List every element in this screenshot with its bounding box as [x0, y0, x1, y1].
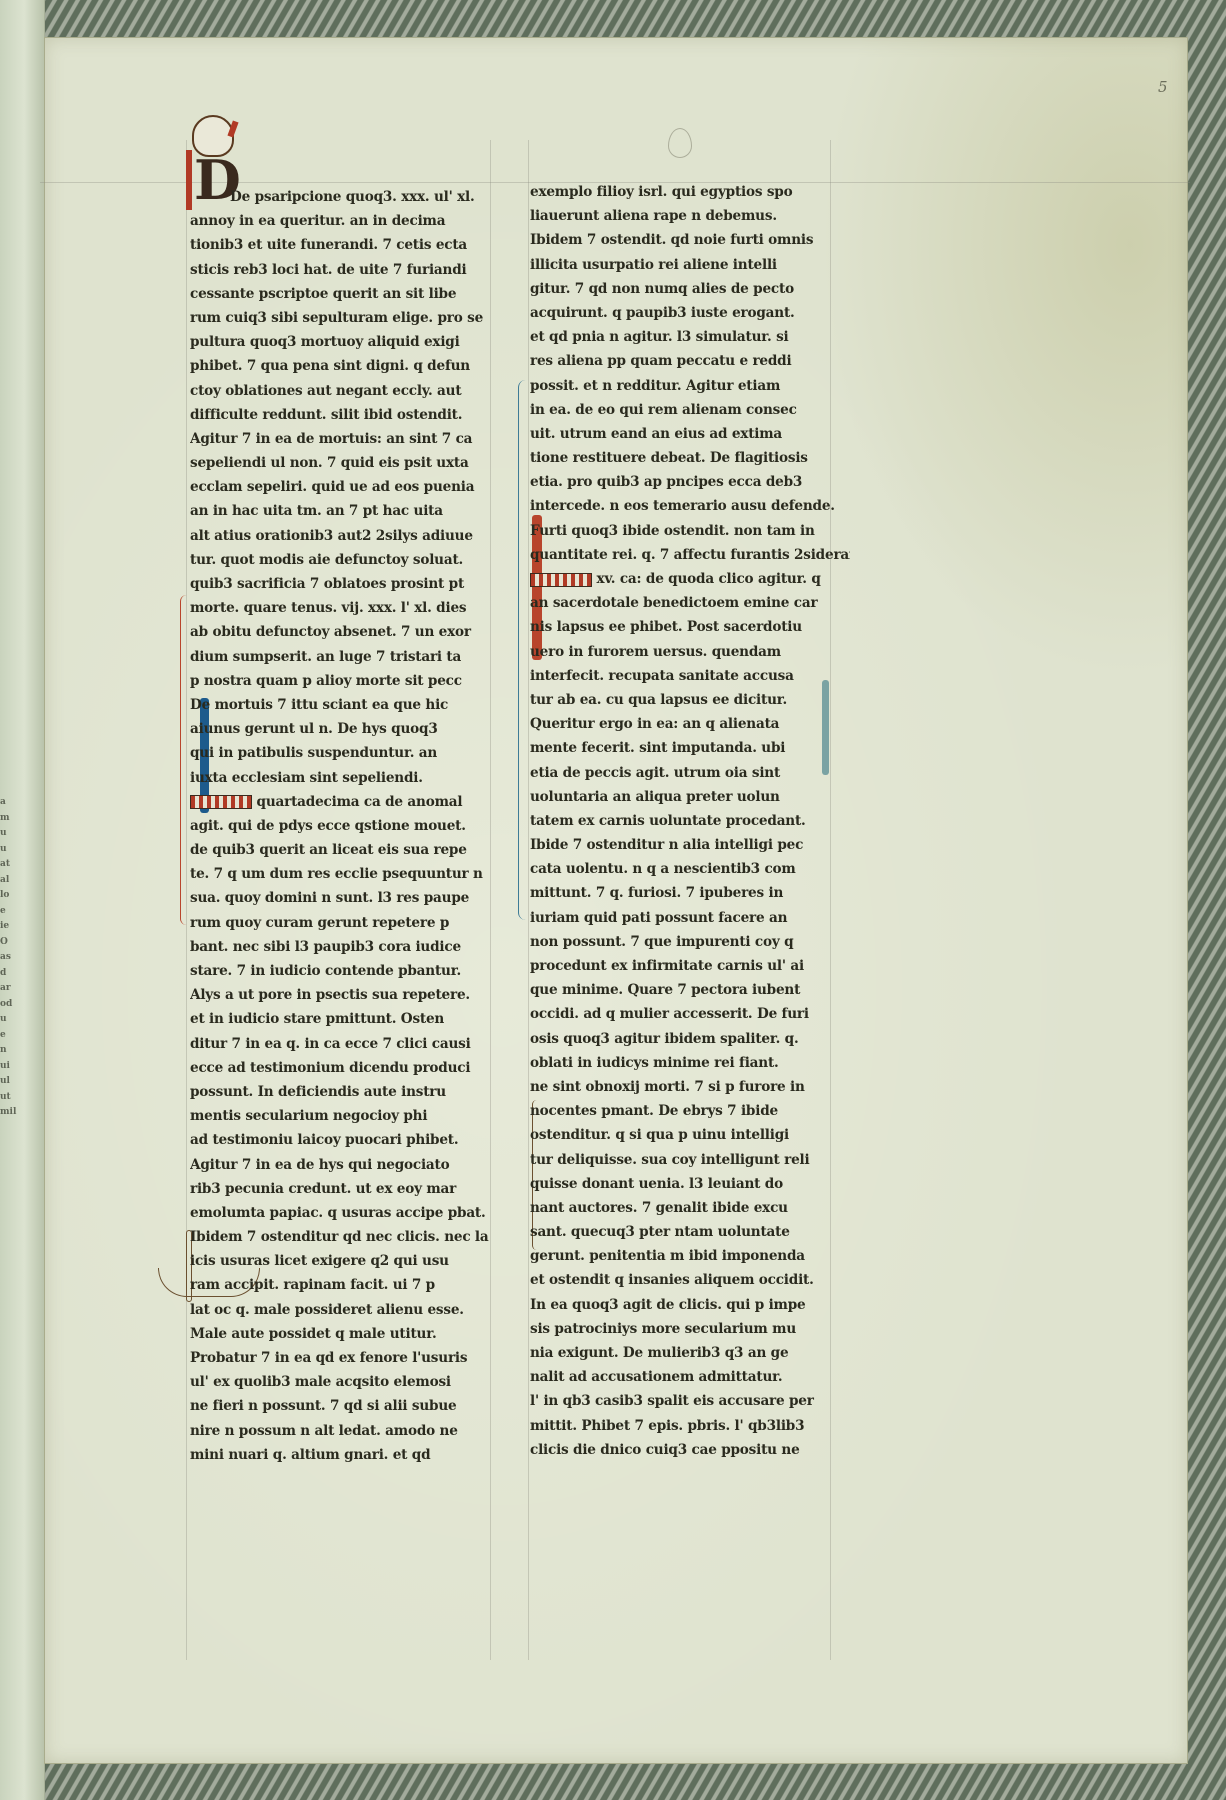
text-line: nocentes pmant. De ebrys 7 ibide	[530, 1099, 850, 1123]
text-line: de quib3 querit an liceat eis sua repe	[190, 838, 490, 862]
text-line: De psaripcione quoq3. xxx. ul' xl.	[190, 185, 490, 209]
text-line: et in iudicio stare pmittunt. Osten	[190, 1007, 490, 1031]
text-line: quantitate rei. q. 7 affectu furantis 2s…	[530, 543, 850, 567]
text-line: nire n possum n alt ledat. amodo ne	[190, 1419, 490, 1443]
text-line: Alys a ut pore in psectis sua repetere.	[190, 983, 490, 1007]
text-line: uit. utrum eand an eius ad extima	[530, 422, 850, 446]
text-line: Probatur 7 in ea qd ex fenore l'usuris	[190, 1346, 490, 1370]
decorative-band-icon	[190, 795, 252, 809]
folio-number: 5	[1158, 78, 1168, 96]
text-line: nis lapsus ee phibet. Post sacerdotiu	[530, 615, 850, 639]
text-line: Agitur 7 in ea de mortuis: an sint 7 ca	[190, 427, 490, 451]
text-line: exemplo filioy isrl. qui egyptios spo	[530, 180, 850, 204]
text-line: gerunt. penitentia m ibid imponenda	[530, 1244, 850, 1268]
text-line: sua. quoy domini n sunt. l3 res paupe	[190, 886, 490, 910]
text-line: mittit. Phibet 7 epis. pbris. l' qb3lib3	[530, 1414, 850, 1438]
text-line: tatem ex carnis uoluntate procedant.	[530, 809, 850, 833]
text-line: lat oc q. male possideret alienu esse.	[190, 1298, 490, 1322]
text-line: ditur 7 in ea q. in ca ecce 7 clici caus…	[190, 1032, 490, 1056]
text-line: et ostendit q insanies aliquem occidit.	[530, 1268, 850, 1292]
text-line: ul' ex quolib3 male acqsito elemosi	[190, 1370, 490, 1394]
text-line: l' in qb3 casib3 spalit eis accusare per	[530, 1389, 850, 1413]
text-line: non possunt. 7 que impurenti coy q	[530, 930, 850, 954]
text-line: Ibide 7 ostenditur n alia intelligi pec	[530, 833, 850, 857]
previous-leaf-text: a m u u at al lo e ie O as d ar od u e n…	[0, 795, 40, 1121]
text-line: rum cuiq3 sibi sepulturam elige. pro se	[190, 306, 490, 330]
text-line-content: xv. ca: de quoda clico agitur. q	[597, 571, 821, 587]
text-line: emolumta papiac. q usuras accipe pbat.	[190, 1201, 490, 1225]
text-line: sepeliendi ul non. 7 quid eis psit uxta	[190, 451, 490, 475]
text-line: tur deliquisse. sua coy intelligunt reli	[530, 1148, 850, 1172]
text-line: possunt. In deficiendis aute instru	[190, 1080, 490, 1104]
text-line: an sacerdotale benedictoem emine car	[530, 591, 850, 615]
text-line: possit. et n redditur. Agitur etiam	[530, 374, 850, 398]
text-line: interfecit. recupata sanitate accusa	[530, 664, 850, 688]
text-line: tione restituere debeat. De flagitiosis	[530, 446, 850, 470]
text-line: etia de peccis agit. utrum oia sint	[530, 761, 850, 785]
text-line: annoy in ea queritur. an in decima	[190, 209, 490, 233]
text-line: in ea. de eo qui rem alienam consec	[530, 398, 850, 422]
text-line-content: quartadecima ca de anomal	[257, 794, 463, 810]
text-line: rib3 pecunia credunt. ut ex eoy mar	[190, 1177, 490, 1201]
text-line: iuriam quid pati possunt facere an	[530, 906, 850, 930]
text-column-right: exemplo filioy isrl. qui egyptios spo li…	[530, 180, 850, 1462]
text-line: Queritur ergo in ea: an q alienata	[530, 712, 850, 736]
text-line: ecce ad testimonium dicendu produci	[190, 1056, 490, 1080]
text-line: sis patrociniys more secularium mu	[530, 1317, 850, 1341]
decorative-band-icon	[530, 573, 592, 587]
text-line: phibet. 7 qua pena sint digni. q defun	[190, 354, 490, 378]
text-line: De mortuis 7 ittu sciant ea que hic	[190, 693, 490, 717]
text-line: et qd pnia n agitur. l3 simulatur. si	[530, 325, 850, 349]
text-line: p nostra quam p alioy morte sit pecc	[190, 669, 490, 693]
text-line: ne sint obnoxij morti. 7 si p furore in	[530, 1075, 850, 1099]
text-line: res aliena pp quam peccatu e reddi	[530, 349, 850, 373]
text-line: pultura quoq3 mortuoy aliquid exigi	[190, 330, 490, 354]
text-line: tur ab ea. cu qua lapsus ee dicitur.	[530, 688, 850, 712]
text-line: ne fieri n possunt. 7 qd si alii subue	[190, 1394, 490, 1418]
text-line: difficulte reddunt. silit ibid ostendit.	[190, 403, 490, 427]
text-line: ad testimoniu laicoy puocari phibet.	[190, 1128, 490, 1152]
previous-leaf-edge: a m u u at al lo e ie O as d ar od u e n…	[0, 0, 45, 1800]
text-line: te. 7 q um dum res ecclie psequuntur n	[190, 862, 490, 886]
text-line: iuxta ecclesiam sint sepeliendi.	[190, 766, 490, 790]
text-line: Furti quoq3 ibide ostendit. non tam in	[530, 519, 850, 543]
text-line: Ibidem 7 ostendit. qd noie furti omnis	[530, 228, 850, 252]
text-line: procedunt ex infirmitate carnis ul' ai	[530, 954, 850, 978]
text-line: nalit ad accusationem admittatur.	[530, 1365, 850, 1389]
text-line: clicis die dnico cuiq3 cae ppositu ne	[530, 1438, 850, 1462]
catchword-heart-ornament	[668, 128, 692, 158]
text-line: agit. qui de pdys ecce qstione mouet.	[190, 814, 490, 838]
text-line: ab obitu defunctoy absenet. 7 un exor	[190, 620, 490, 644]
text-line: etia. pro quib3 ap pncipes ecca deb3	[530, 470, 850, 494]
text-line: bant. nec sibi l3 paupib3 cora iudice	[190, 935, 490, 959]
text-line: liauerunt aliena rape n debemus.	[530, 204, 850, 228]
ruling-left-inner	[490, 140, 491, 1660]
text-line: illicita usurpatio rei aliene intelli	[530, 253, 850, 277]
text-line: ostenditur. q si qua p uinu intelligi	[530, 1123, 850, 1147]
text-line-with-band: quartadecima ca de anomal	[190, 790, 490, 814]
text-line: cata uolentu. n q a nescientib3 com	[530, 857, 850, 881]
text-line: tionib3 et uite funerandi. 7 cetis ecta	[190, 233, 490, 257]
text-line: Male aute possidet q male utitur.	[190, 1322, 490, 1346]
text-line: acquirunt. q paupib3 iuste erogant.	[530, 301, 850, 325]
text-line: oblati in iudicys minime rei fiant.	[530, 1051, 850, 1075]
text-line: Agitur 7 in ea de hys qui negociato	[190, 1153, 490, 1177]
text-line: tur. quot modis aie defunctoy soluat.	[190, 548, 490, 572]
text-line: gitur. 7 qd non numq alies de pecto	[530, 277, 850, 301]
text-line: occidi. ad q mulier accesserit. De furi	[530, 1002, 850, 1026]
text-line: nia exigunt. De mulierib3 q3 an ge	[530, 1341, 850, 1365]
text-line: ram accipit. rapinam facit. ui 7 p	[190, 1273, 490, 1297]
text-line: In ea quoq3 agit de clicis. qui p impe	[530, 1293, 850, 1317]
text-line: rum quoy curam gerunt repetere p	[190, 911, 490, 935]
text-line: alt atius orationib3 aut2 2silys adiuue	[190, 524, 490, 548]
text-line: Ibidem 7 ostenditur qd nec clicis. nec l…	[190, 1225, 490, 1249]
text-line: sant. quecuq3 pter ntam uoluntate	[530, 1220, 850, 1244]
text-line: aiunus gerunt ul n. De hys quoq3	[190, 717, 490, 741]
text-line: dium sumpserit. an luge 7 tristari ta	[190, 645, 490, 669]
text-line: quisse donant uenia. l3 leuiant do	[530, 1172, 850, 1196]
text-line: que minime. Quare 7 pectora iubent	[530, 978, 850, 1002]
text-line: uoluntaria an aliqua preter uolun	[530, 785, 850, 809]
text-line: sticis reb3 loci hat. de uite 7 furiandi	[190, 258, 490, 282]
text-line: nant auctores. 7 genalit ibide excu	[530, 1196, 850, 1220]
text-line: osis quoq3 agitur ibidem spaliter. q.	[530, 1027, 850, 1051]
text-line: an in hac uita tm. an 7 pt hac uita	[190, 499, 490, 523]
text-line: uero in furorem uersus. quendam	[530, 640, 850, 664]
text-line-with-band: xv. ca: de quoda clico agitur. q	[530, 567, 850, 591]
text-line: mentis secularium negocioy phi	[190, 1104, 490, 1128]
text-line: mini nuari q. altium gnari. et qd	[190, 1443, 490, 1467]
text-column-left: De psaripcione quoq3. xxx. ul' xl. annoy…	[190, 185, 490, 1467]
text-line: mittunt. 7 q. furiosi. 7 ipuberes in	[530, 881, 850, 905]
text-line: stare. 7 in iudicio contende pbantur.	[190, 959, 490, 983]
text-line: quib3 sacrificia 7 oblatoes prosint pt	[190, 572, 490, 596]
text-line: morte. quare tenus. vij. xxx. l' xl. die…	[190, 596, 490, 620]
text-line: cessante pscriptoe querit an sit libe	[190, 282, 490, 306]
text-line: ecclam sepeliri. quid ue ad eos puenia	[190, 475, 490, 499]
text-line: mente fecerit. sint imputanda. ubi	[530, 736, 850, 760]
text-line: qui in patibulis suspenduntur. an	[190, 741, 490, 765]
text-line: ctoy oblationes aut negant eccly. aut	[190, 379, 490, 403]
text-line: intercede. n eos temerario ausu defende.	[530, 494, 850, 518]
text-line: icis usuras licet exigere q2 qui usu	[190, 1249, 490, 1273]
